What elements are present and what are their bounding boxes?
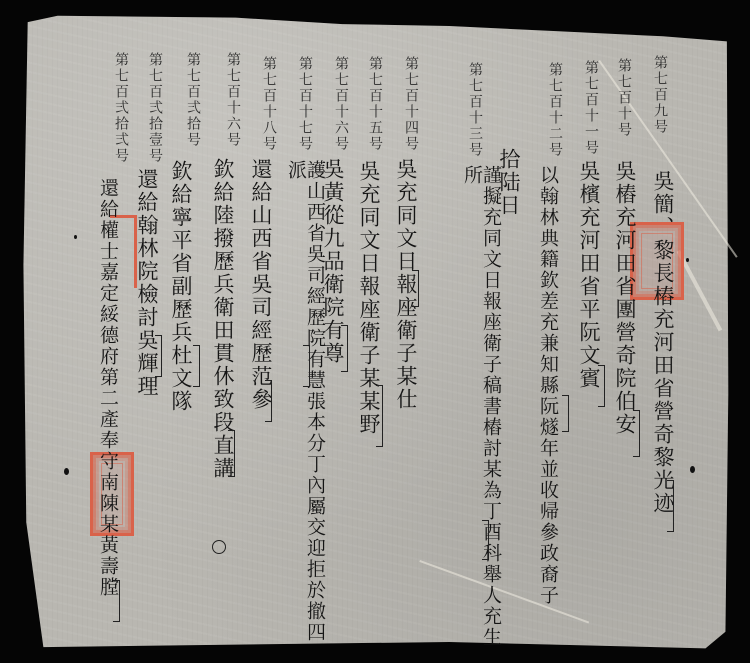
bracket-mark [633, 410, 640, 457]
entry-number: 第七百弍拾弍号 [114, 52, 128, 164]
entry-number: 第七百十三号 [468, 62, 482, 158]
circle-mark [212, 540, 226, 554]
column-10-text: 護山西省吳司經歷院有慧張本分丁內屬交迎拒於撤四派 [286, 160, 324, 663]
entry-number: 第七百十二号 [548, 62, 562, 158]
worm-hole [690, 466, 695, 473]
bracket-mark [155, 335, 162, 377]
column-15-text: 還給權士嘉定綏德府第二產奉守南陳某黃壽膛 [98, 178, 117, 598]
bracket-mark [341, 325, 348, 372]
entry-number: 第七百十六号 [226, 52, 240, 148]
bracket-mark [376, 385, 383, 447]
bracket-mark [562, 395, 569, 432]
column-4-text: 以翰林典籍欽差充兼知縣阮燧年並收帰參政裔子 [538, 165, 557, 606]
column-1: 第七百九号 [652, 55, 668, 135]
entry-number: 第七百十四号 [404, 56, 418, 152]
column-6-text: 謹擬充同文日報座衛子稿書樁討某為丁酉科舉人充生所 [462, 165, 500, 663]
entry-number: 第七百十七号 [298, 56, 312, 152]
entry-number: 第七百十号 [617, 58, 631, 138]
bracket-mark [303, 345, 310, 387]
worm-hole [74, 235, 77, 239]
bracket-mark [412, 270, 419, 307]
entry-number: 第七百十六号 [334, 56, 348, 152]
column-2-text: 吳樁充河田省團營奇院伯安 [614, 160, 635, 436]
column-1-text: 吳簡、黎長樁充河田省營奇黎光迹 [652, 170, 673, 515]
bracket-mark [265, 380, 272, 422]
entry-number: 第七百十一号 [584, 60, 598, 156]
entry-number: 第七百弍拾号 [186, 52, 200, 148]
worm-hole [64, 468, 69, 475]
bracket-mark [598, 365, 605, 407]
column-11-text: 還給山西省吳司經歷范參 [250, 158, 271, 411]
entry-number: 第七百九号 [652, 55, 668, 135]
bracket-mark [113, 580, 120, 622]
bracket-mark [482, 520, 489, 560]
entry-number: 第七百十八号 [262, 56, 276, 152]
bracket-mark [193, 345, 200, 387]
bracket-mark [667, 480, 674, 532]
column-13-text: 欽給寧平省副歷兵杜文隊 [170, 160, 191, 413]
bracket-mark [228, 430, 235, 477]
column-3-text: 吳檳充河田省平阮文賓 [578, 160, 599, 390]
entry-number: 第七百弍拾壹号 [148, 52, 162, 164]
entry-number: 第七百十五号 [368, 56, 382, 152]
worm-hole [686, 258, 689, 262]
column-14-text: 還給翰林院檢討吳輝理 [136, 168, 157, 398]
